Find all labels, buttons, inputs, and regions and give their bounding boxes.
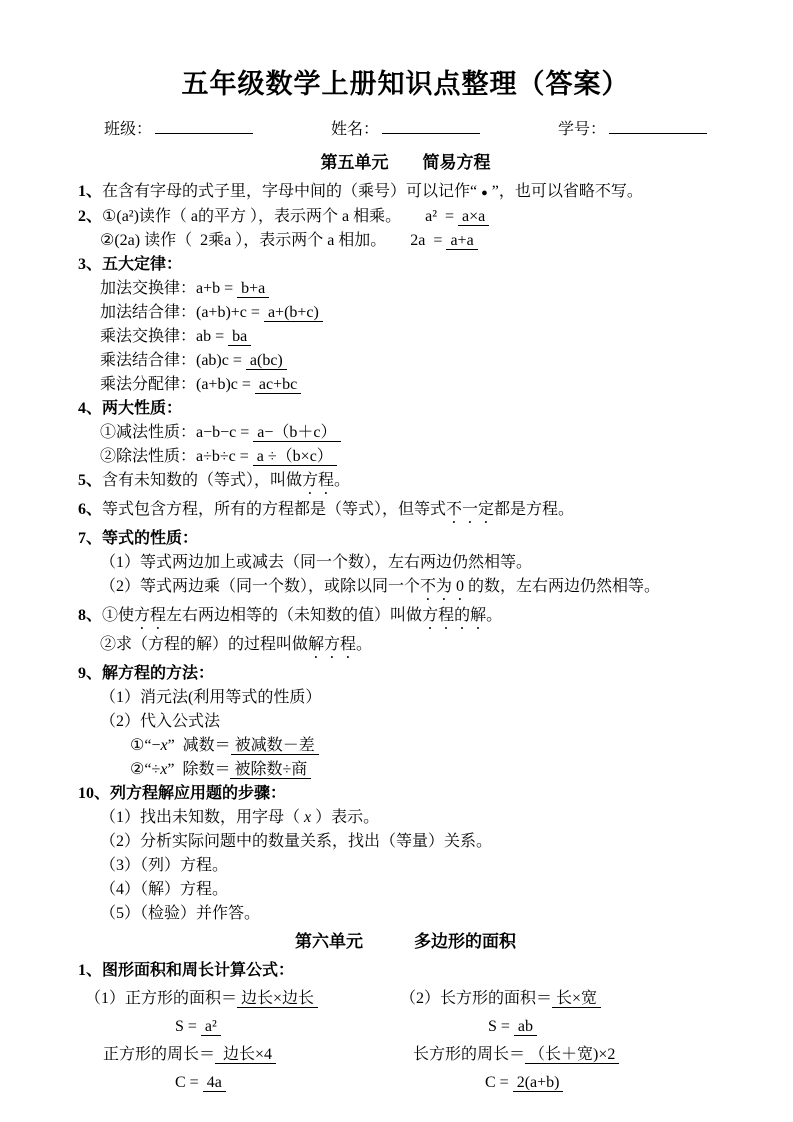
doc-line: ②求（方程的解）的过程叫做解方程。 [78, 633, 733, 662]
answer-blank: a+a [446, 232, 477, 250]
text-run: 都是方程。 [494, 501, 574, 518]
doc-line: ②“÷x” 除数＝ 被除数÷商 [78, 758, 733, 782]
answer-blank: a ÷（b×c） [253, 448, 337, 466]
doc-line: 加法交换律：a+b = b+a [78, 277, 733, 301]
answer-blank: b+a [237, 280, 269, 298]
text-run: （2）等式两边乘（同一个数），或除以同一个 [100, 578, 420, 595]
bold-text-run: 第五单元 简易方程 [321, 153, 491, 172]
text-run: 长方形的周长＝ [413, 1046, 525, 1063]
answer-blank: ab [514, 1018, 537, 1036]
text-run: S = [488, 1018, 514, 1035]
text-run: ①“− [130, 737, 160, 754]
document-page: 五年级数学上册知识点整理（答案） 班级： 姓名： 学号： 第五单元 简易方程1、… [0, 0, 793, 1122]
doc-line: （2）等式两边乘（同一个数），或除以同一个不为 0 的数，左右两边仍然相等。 [78, 575, 733, 604]
answer-blank: ba [228, 328, 251, 346]
doc-line: （1）等式两边加上或减去（同一个数），左右两边仍然相等。 [78, 551, 733, 575]
emphasized-text: 方程 [302, 472, 334, 489]
text-run: 在含有字母的式子里，字母中间的（乘号）可以记作“ [102, 183, 481, 200]
doc-line: （1）消元法(利用等式的性质） [78, 686, 733, 710]
bold-text-run: 10、列方程解应用题的步骤： [78, 785, 286, 802]
doc-line: 8、①使方程左右两边相等的（未知数的值）叫做方程的解。 [78, 604, 733, 633]
answer-blank: 边长×4 [215, 1046, 276, 1064]
section-heading: 第六单元 多边形的面积 [78, 928, 733, 956]
text-run: （3）（列）方程。 [100, 857, 228, 874]
text-run: ②求（方程的解）的过程叫做 [100, 636, 308, 653]
doc-line: （4）（解）方程。 [78, 878, 733, 902]
doc-line: 加法结合律：(a+b)+c = a+(b+c) [78, 301, 733, 325]
text-run: （2）长方形的面积＝ [400, 990, 552, 1007]
field-class: 班级： [104, 118, 253, 141]
field-name: 姓名： [331, 118, 480, 141]
doc-line: 乘法分配律：(a+b)c = ac+bc [78, 373, 733, 397]
bold-text-run: 1、图形面积和周长计算公式： [78, 962, 294, 979]
formula-cell-left: C = 4a [78, 1069, 400, 1097]
text-run: ” 减数＝ [168, 737, 231, 754]
doc-line: 乘法交换律：ab = ba [78, 325, 733, 349]
bold-text-run: 3、五大定律： [78, 256, 182, 273]
text-run: C = [485, 1074, 513, 1091]
doc-line: 2、①(a²)读作（ a的平方 ），表示两个 a 相乘。 a² = a×a [78, 205, 733, 229]
answer-blank: 2(a+b) [513, 1074, 564, 1092]
emphasized-text: 方程 [134, 607, 166, 624]
doc-line: 1、在含有字母的式子里，字母中间的（乘号）可以记作“ ● ”，也可以省略不写。 [78, 180, 733, 205]
italic-variable: x [160, 737, 167, 754]
doc-line: 9、解方程的方法： [78, 662, 733, 686]
header-fields: 班级： 姓名： 学号： [78, 118, 733, 141]
dot-symbol: ● [481, 187, 488, 199]
answer-blank: a×a [458, 208, 489, 226]
text-run: 左右两边相等的（未知数的值）叫做 [166, 607, 422, 624]
doc-line: 3、五大定律： [78, 253, 733, 277]
doc-line: 4、两大性质： [78, 397, 733, 421]
page-title: 五年级数学上册知识点整理（答案） [78, 66, 733, 102]
doc-line: （2）代入公式法 [78, 710, 733, 734]
formula-row: C = 4a C = 2(a+b) [78, 1069, 733, 1097]
text-run: 乘法分配律：(a+b)c = [100, 376, 255, 393]
doc-line: （3）（列）方程。 [78, 854, 733, 878]
doc-line: ①“−x” 减数＝ 被减数－差 [78, 734, 733, 758]
bold-text-run: 9、解方程的方法： [78, 665, 214, 682]
formula-cell-right: C = 2(a+b) [400, 1069, 733, 1097]
document-body: 第五单元 简易方程1、在含有字母的式子里，字母中间的（乘号）可以记作“ ● ”，… [78, 149, 733, 1097]
answer-blank: 长×宽 [552, 990, 601, 1008]
doc-line: ①减法性质：a−b−c = a−（b＋c） [78, 421, 733, 445]
field-student-number: 学号： [558, 118, 707, 141]
answer-blank: 被除数÷商 [230, 761, 311, 779]
answer-blank: 4a [203, 1074, 226, 1092]
answer-blank: a−（b＋c） [253, 424, 340, 442]
text-run: ②除法性质：a÷b÷c = [100, 448, 253, 465]
answer-blank: a² [201, 1018, 221, 1036]
text-run: ①使 [102, 607, 134, 624]
text-run: C = [175, 1074, 203, 1091]
answer-blank: a(bc) [246, 352, 287, 370]
answer-blank: ac+bc [255, 376, 301, 394]
bold-text-run: 4、两大性质： [78, 400, 182, 417]
text-run: ）表示。 [311, 809, 379, 826]
doc-line: ②除法性质：a÷b÷c = a ÷（b×c） [78, 445, 733, 469]
text-run: ①(a²)读作（ a的平方 ），表示两个 a 相乘。 a² = [102, 208, 458, 225]
doc-line: （1）找出未知数，用字母（ x ）表示。 [78, 806, 733, 830]
text-run: 。 [334, 472, 350, 489]
text-run: （2）代入公式法 [100, 713, 220, 730]
doc-line: 乘法结合律：(ab)c = a(bc) [78, 349, 733, 373]
section-heading: 第五单元 简易方程 [78, 149, 733, 177]
answer-blank: 边长×边长 [237, 990, 318, 1008]
formula-cell-left: 正方形的周长＝ 边长×4 [78, 1041, 400, 1069]
answer-blank: 被减数－差 [231, 737, 319, 755]
doc-line: （2）分析实际问题中的数量关系，找出（等量）关系。 [78, 830, 733, 854]
formula-columns: （1）正方形的面积＝ 边长×边长 （2）长方形的面积＝ 长×宽 S = a² S… [78, 985, 733, 1097]
doc-line: 10、列方程解应用题的步骤： [78, 782, 733, 806]
text-run: 加法交换律：a+b = [100, 280, 237, 297]
emphasized-text: 不一定 [446, 501, 494, 518]
text-run: ②“÷ [130, 761, 160, 778]
formula-row: S = a² S = ab [78, 1013, 733, 1041]
field-class-label: 班级： [104, 121, 152, 138]
emphasized-text: 不为 0 [420, 578, 464, 595]
text-run: 。 [486, 607, 502, 624]
text-run: （1）正方形的面积＝ [85, 990, 237, 1007]
text-run: 的数，左右两边仍然相等。 [464, 578, 660, 595]
text-run: （1）消元法(利用等式的性质） [100, 689, 321, 706]
bold-text-run: 7、等式的性质： [78, 530, 198, 547]
text-run: 乘法交换律：ab = [100, 328, 228, 345]
text-run: （1）找出未知数，用字母（ [100, 809, 304, 826]
text-run: （5）（检验）并作答。 [100, 905, 260, 922]
doc-line: ②(2a) 读作（ 2乘a ），表示两个 a 相加。 2a = a+a [78, 229, 733, 253]
doc-line: 6、等式包含方程，所有的方程都是（等式），但等式不一定都是方程。 [78, 498, 733, 527]
formula-cell-right: （2）长方形的面积＝ 长×宽 [400, 985, 733, 1013]
bold-text-run: 5、 [78, 472, 102, 489]
doc-line: （5）（检验）并作答。 [78, 902, 733, 926]
bold-text-run: 6、 [78, 501, 102, 518]
doc-line: 7、等式的性质： [78, 527, 733, 551]
text-run: （1）等式两边加上或减去（同一个数），左右两边仍然相等。 [100, 554, 532, 571]
text-run: 正方形的周长＝ [103, 1046, 215, 1063]
text-run: ”，也可以省略不写。 [488, 183, 643, 200]
formula-cell-left: （1）正方形的面积＝ 边长×边长 [78, 985, 400, 1013]
text-run: 。 [356, 636, 372, 653]
emphasized-text: 解方程 [308, 636, 356, 653]
text-run: （2）分析实际问题中的数量关系，找出（等量）关系。 [100, 833, 492, 850]
text-run: 乘法结合律：(ab)c = [100, 352, 246, 369]
formula-cell-right: 长方形的周长＝ （长＋宽)×2 [400, 1041, 733, 1069]
answer-blank: a+(b+c) [264, 304, 323, 322]
field-student-number-blank-line [609, 118, 707, 134]
text-run: ②(2a) 读作（ 2乘a ），表示两个 a 相加。 2a = [100, 232, 446, 249]
emphasized-text: 方程的解 [422, 607, 486, 624]
doc-line: 1、图形面积和周长计算公式： [78, 959, 733, 983]
text-run: S = [175, 1018, 201, 1035]
field-student-number-label: 学号： [558, 121, 606, 138]
text-run: ①减法性质：a−b−c = [100, 424, 253, 441]
field-name-label: 姓名： [331, 121, 379, 138]
formula-row: 正方形的周长＝ 边长×4 长方形的周长＝ （长＋宽)×2 [78, 1041, 733, 1069]
text-run: 加法结合律：(a+b)+c = [100, 304, 264, 321]
text-run: （4）（解）方程。 [100, 881, 228, 898]
bold-text-run: 1、 [78, 183, 102, 200]
field-name-blank-line [382, 118, 480, 134]
answer-blank: （长＋宽)×2 [525, 1046, 619, 1064]
text-run: 含有未知数的（等式），叫做 [102, 472, 302, 489]
formula-cell-right: S = ab [400, 1013, 733, 1041]
formula-row: （1）正方形的面积＝ 边长×边长 （2）长方形的面积＝ 长×宽 [78, 985, 733, 1013]
bold-text-run: 8、 [78, 607, 102, 624]
bold-text-run: 2、 [78, 208, 102, 225]
text-run: 等式包含方程，所有的方程都是（等式），但等式 [102, 501, 446, 518]
doc-line: 5、含有未知数的（等式），叫做方程。 [78, 469, 733, 498]
formula-cell-left: S = a² [78, 1013, 400, 1041]
text-run: ” 除数＝ [167, 761, 230, 778]
field-class-blank-line [155, 118, 253, 134]
bold-text-run: 第六单元 多边形的面积 [295, 932, 516, 951]
